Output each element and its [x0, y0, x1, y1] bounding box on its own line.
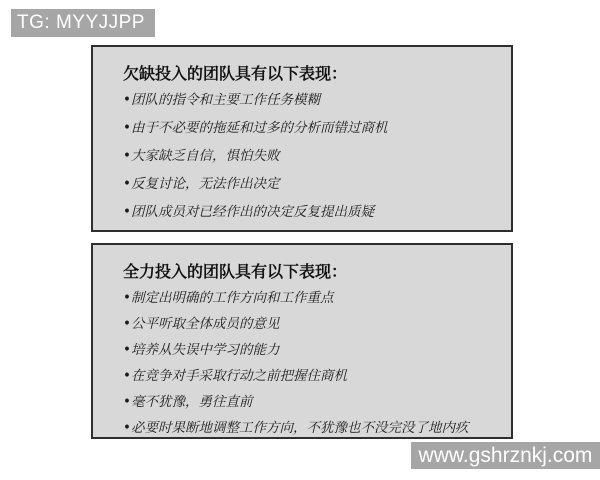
- panel-committed-team: 全力投入的团队具有以下表现： •制定出明确的工作方向和工作重点 •公平听取全体成…: [91, 243, 513, 439]
- list-item: •大家缺乏自信，惧怕失败: [123, 147, 495, 165]
- list-item: •培养从失误中学习的能力: [123, 341, 495, 359]
- list-item: •由于不必要的拖延和过多的分析而错过商机: [123, 119, 495, 137]
- document-page: TG: MYYJJPP 欠缺投入的团队具有以下表现： •团队的指令和主要工作任务…: [0, 0, 600, 480]
- watermark-top-left: TG: MYYJJPP: [11, 9, 155, 37]
- list-item: •团队成员对已经作出的决定反复提出质疑: [123, 203, 495, 221]
- list-item: •毫不犹豫，勇往直前: [123, 393, 495, 411]
- list-item: •制定出明确的工作方向和工作重点: [123, 289, 495, 307]
- list-item: •团队的指令和主要工作任务模糊: [123, 91, 495, 109]
- list-item: •反复讨论，无法作出决定: [123, 175, 495, 193]
- panel-title-committed: 全力投入的团队具有以下表现：: [123, 259, 497, 282]
- list-item: •公平听取全体成员的意见: [123, 315, 495, 333]
- watermark-bottom-right: www.gshrznkj.com: [411, 442, 600, 469]
- bullet-list-uncommitted: •团队的指令和主要工作任务模糊 •由于不必要的拖延和过多的分析而错过商机 •大家…: [93, 91, 511, 221]
- list-item: •必要时果断地调整工作方向，不犹豫也不没完没了地内疚: [123, 419, 495, 437]
- list-item: •在竞争对手采取行动之前把握住商机: [123, 367, 495, 385]
- panel-title-uncommitted: 欠缺投入的团队具有以下表现：: [123, 61, 497, 84]
- panel-uncommitted-team: 欠缺投入的团队具有以下表现： •团队的指令和主要工作任务模糊 •由于不必要的拖延…: [91, 45, 513, 232]
- bullet-list-committed: •制定出明确的工作方向和工作重点 •公平听取全体成员的意见 •培养从失误中学习的…: [93, 289, 511, 437]
